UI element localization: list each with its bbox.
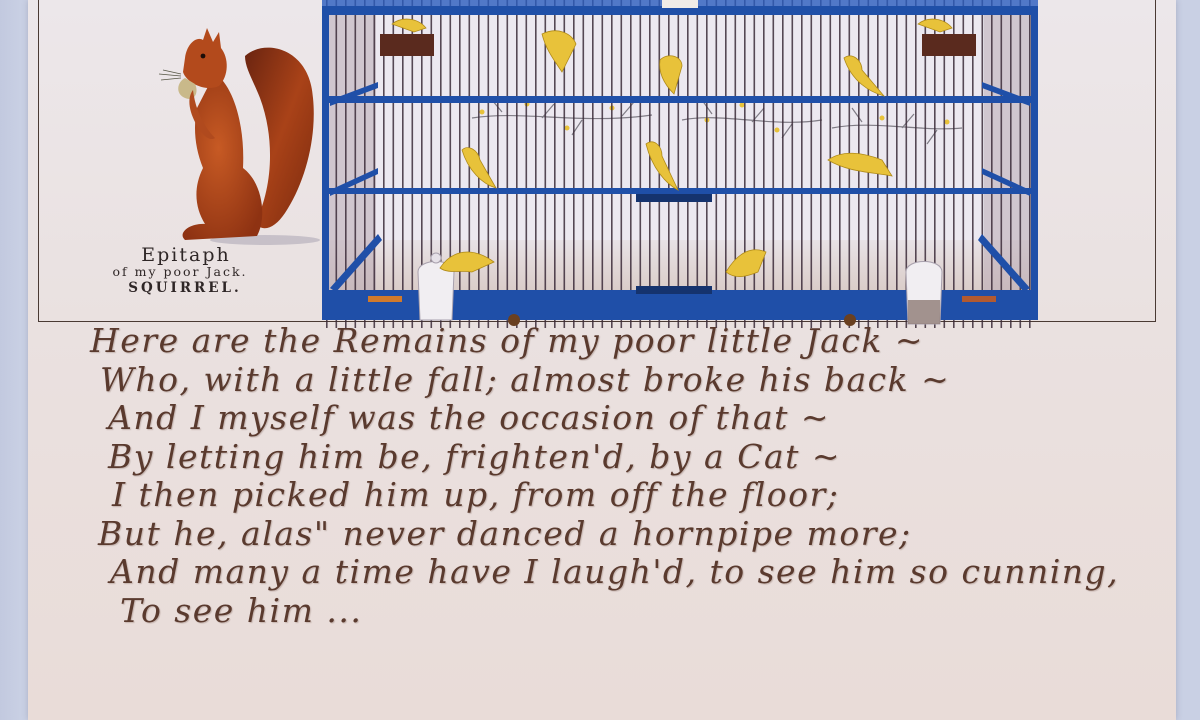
verse-line: But he, alas" never danced a hornpipe mo… [90,515,1170,554]
handwritten-verse: Here are the Remains of my poor little J… [90,322,1170,630]
verse-line: And many a time have I laugh'd, to see h… [90,553,1170,592]
verse-line: I then picked him up, from off the floor… [90,476,1170,515]
squirrel-icon [145,18,320,250]
verse-line: To see him ... [90,592,1170,631]
verse-line: Who, with a little fall; almost broke hi… [90,361,1170,400]
illustration-caption: Epitaph of my poor Jack. SQUIRREL. [40,244,320,296]
caption-name: SQUIRREL. [50,280,320,296]
caption-subtitle: of my poor Jack. [40,264,320,279]
verse-line: And I myself was the occasion of that ~ [90,399,1170,438]
verse-line: Here are the Remains of my poor little J… [90,322,1170,361]
verse-line: By letting him be, frighten'd, by a Cat … [90,438,1170,477]
birdcage-icon [322,0,1038,328]
caption-title: Epitaph [52,244,320,266]
